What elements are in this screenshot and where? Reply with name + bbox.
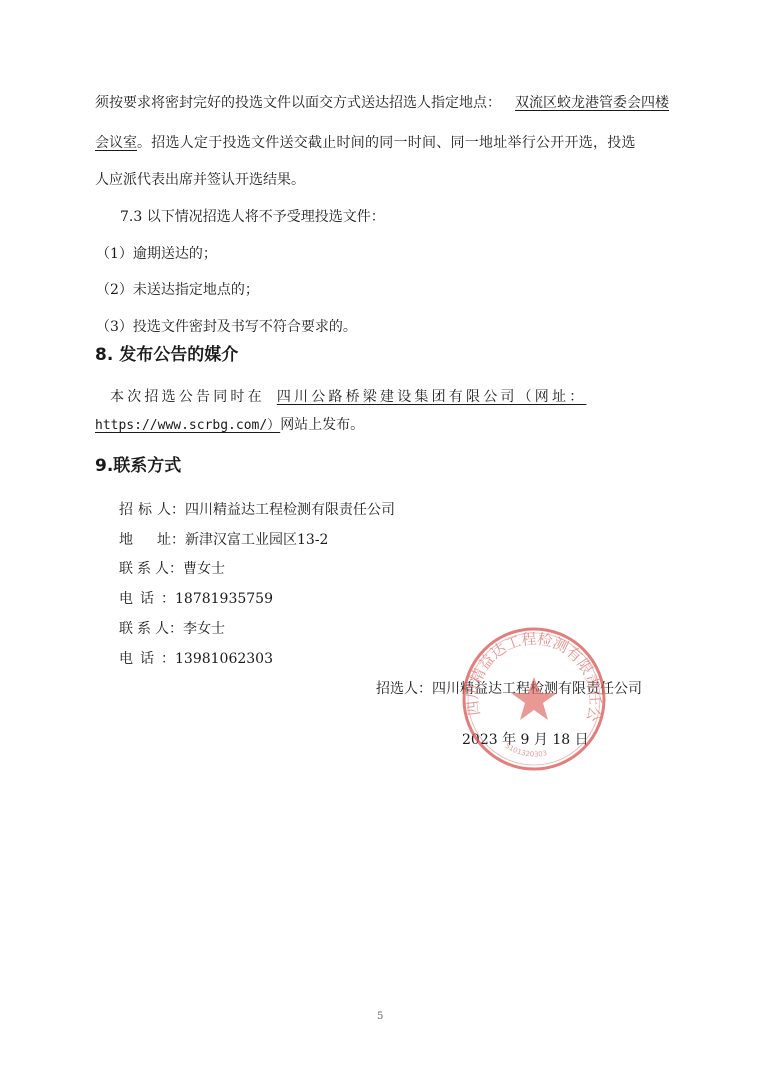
contact-row-person-2: 联系人： 李女士 (119, 620, 225, 638)
contact-row-issuer: 招标人： 四川精益达工程检测有限责任公司 (119, 501, 395, 519)
phone-value: 18781935759 (175, 590, 273, 608)
signature-issuer: 招选人：四川精益达工程检测有限责任公司 (376, 680, 642, 698)
section-9-heading: 9.联系方式 (95, 455, 181, 477)
contact-person-value: 曹女士 (183, 560, 225, 578)
list-item-2: （2）未送达指定地点的； (96, 281, 259, 299)
section-8-heading: 8. 发布公告的媒介 (95, 344, 238, 366)
list-item-3: （3）投选文件密封及书写不符合要求的。 (96, 318, 357, 336)
text: 。招选人定于投选文件送交截止时间的同一时间、同一地址举行公开开选，投选 (137, 135, 636, 151)
company-seal-stamp-icon: 四川精益达工程检测有限责任公司 5101320303 (460, 625, 608, 773)
issuer-value: 四川精益达工程检测有限责任公司 (185, 501, 395, 519)
location-underlined-cont: 会议室 (95, 135, 137, 151)
website-url: https://www.scrbg.com/） (95, 418, 280, 433)
svg-text:四川精益达工程检测有限责任公司: 四川精益达工程检测有限责任公司 (460, 625, 604, 723)
contact-row-phone-2: 电话： 13981062303 (119, 650, 273, 668)
contact-row-person-1: 联系人： 曹女士 (119, 560, 225, 578)
paragraph-line-1: 须按要求将密封完好的投选文件以面交方式送达招选人指定地点：双流区蛟龙港管委会四楼 (95, 94, 669, 112)
location-underlined: 双流区蛟龙港管委会四楼 (515, 94, 669, 112)
text: 本次招选公告同时在 (110, 388, 265, 406)
contact-row-phone-1: 电话： 18781935759 (119, 590, 273, 608)
list-item-1: （1）逾期送达的； (96, 245, 217, 263)
paragraph-line-2: 会议室。招选人定于投选文件送交截止时间的同一时间、同一地址举行公开开选，投选 (95, 134, 669, 152)
phone-value: 13981062303 (175, 650, 273, 668)
paragraph-line-3: 人应派代表出席并签认开选结果。 (95, 171, 305, 189)
signature-date: 2023 年 9 月 18 日 (462, 731, 589, 749)
text: 网站上发布。 (280, 417, 364, 433)
clause-7-3: 7.3 以下情况招选人将不予受理投选文件： (120, 208, 385, 226)
text: 须按要求将密封完好的投选文件以面交方式送达招选人指定地点： (95, 94, 501, 112)
section-8-line-2: https://www.scrbg.com/）网站上发布。 (95, 416, 364, 435)
contact-person-value: 李女士 (183, 620, 225, 638)
section-8-line-1: 本次招选公告同时在四川公路桥梁建设集团有限公司（网址： (110, 388, 669, 406)
contact-row-address: 地址： 新津汉富工业园区13-2 (119, 531, 328, 549)
media-underlined: 四川公路桥梁建设集团有限公司（网址： (265, 388, 669, 406)
page-number: 5 (377, 1011, 383, 1022)
address-value: 新津汉富工业园区13-2 (185, 531, 328, 549)
